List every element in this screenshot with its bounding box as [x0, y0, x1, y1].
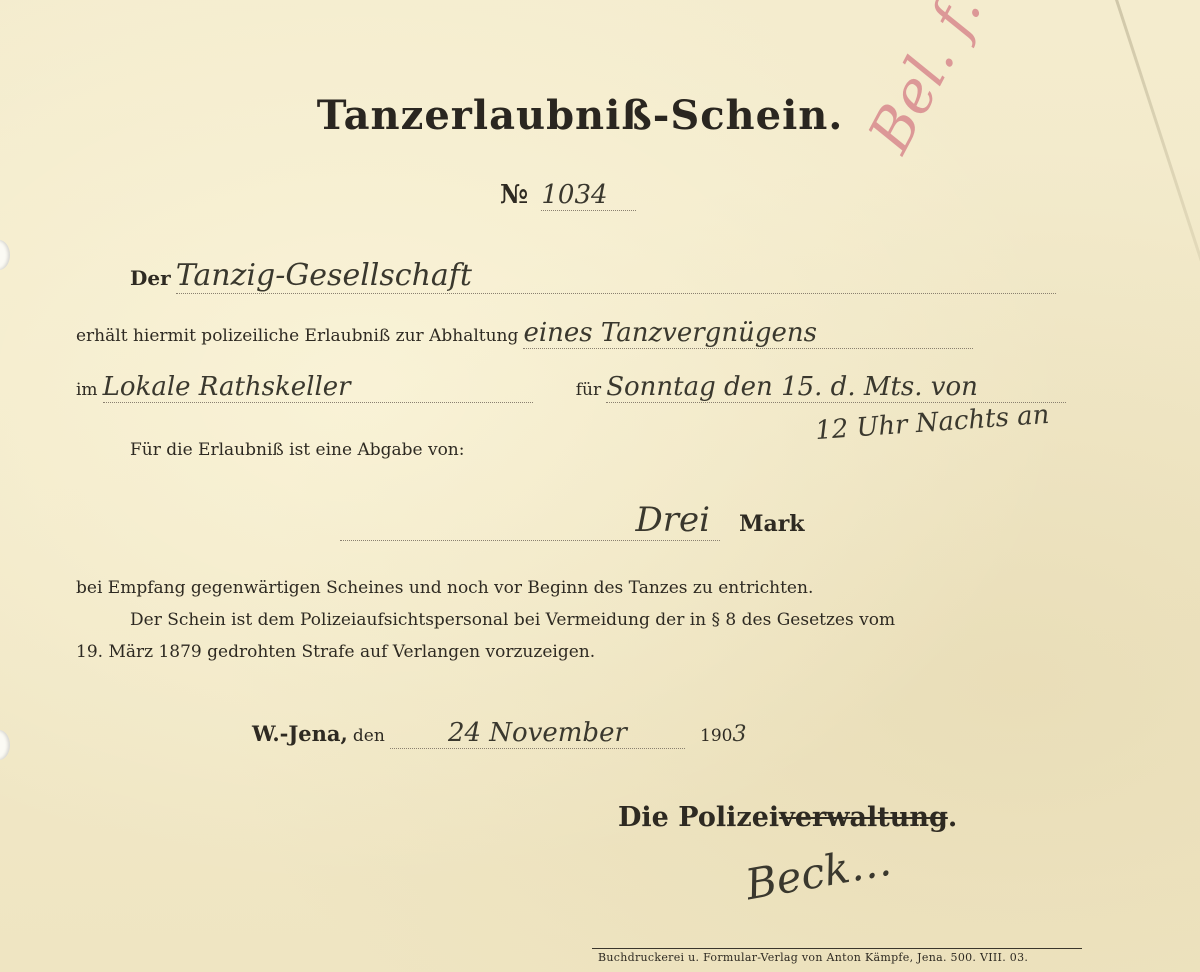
location-row: im Lokale Rathskeller für Sonntag den 15… [76, 372, 1156, 403]
recipient-field: Tanzig-Gesellschaft [176, 258, 1056, 294]
date-prefix: den [353, 726, 385, 746]
paper-fold-crease [1115, 0, 1200, 314]
authority-printed: Polizei [678, 802, 779, 833]
for-label: für [576, 380, 601, 400]
recipient-row: Der Tanzig-Gesellschaft [130, 258, 1082, 294]
punch-hole-bottom [0, 730, 10, 760]
recipient-prefix: Der [130, 266, 171, 290]
year-printed: 190 [700, 726, 732, 746]
date-field: 24 November [390, 718, 685, 749]
payment-instruction: bei Empfang gegenwärtigen Scheines und n… [76, 578, 813, 598]
punch-hole-top [0, 240, 10, 270]
event-field: eines Tanzvergnügens [523, 318, 973, 349]
location-prefix: im [76, 380, 98, 400]
event-row: erhält hiermit polizeiliche Erlaubniß zu… [76, 318, 1086, 349]
date-time-field: Sonntag den 15. d. Mts. von [606, 372, 1066, 403]
fee-intro: Für die Erlaubniß ist eine Abgabe von: [130, 440, 465, 460]
authority-prefix: Die [618, 802, 669, 833]
document-title: Tanzerlaubniß-Schein. [0, 92, 1160, 139]
authority-struck: verwaltung [779, 802, 948, 833]
footer-divider [592, 948, 1082, 949]
authority-period: . [948, 802, 957, 833]
legal-notice-line2: 19. März 1879 gedrohten Strafe auf Verla… [76, 642, 595, 662]
printer-imprint: Buchdruckerei u. Formular-Verlag von Ant… [598, 951, 1028, 964]
fee-currency: Mark [739, 511, 804, 537]
certificate-number-row: № 1034 [500, 180, 636, 211]
event-label: erhält hiermit polizeiliche Erlaubniß zu… [76, 326, 518, 346]
official-signature: Beck… [742, 836, 895, 910]
certificate-number-field: 1034 [541, 180, 636, 211]
fee-row: Drei Mark [340, 500, 805, 541]
year-handwritten: 3 [732, 722, 746, 747]
place-date-row: W.-Jena, den 24 November 1903 [252, 718, 746, 749]
fee-amount-field: Drei [340, 500, 720, 541]
legal-notice-line1: Der Schein ist dem Polizeiaufsichtsperso… [130, 610, 895, 630]
date-time-field-continued: 12 Uhr Nachts an [814, 400, 1050, 446]
place: W.-Jena, [252, 721, 348, 746]
location-field: Lokale Rathskeller [103, 372, 533, 403]
authority-line: Die Polizeiverwaltung. [618, 802, 957, 833]
number-sign: № [500, 180, 528, 210]
